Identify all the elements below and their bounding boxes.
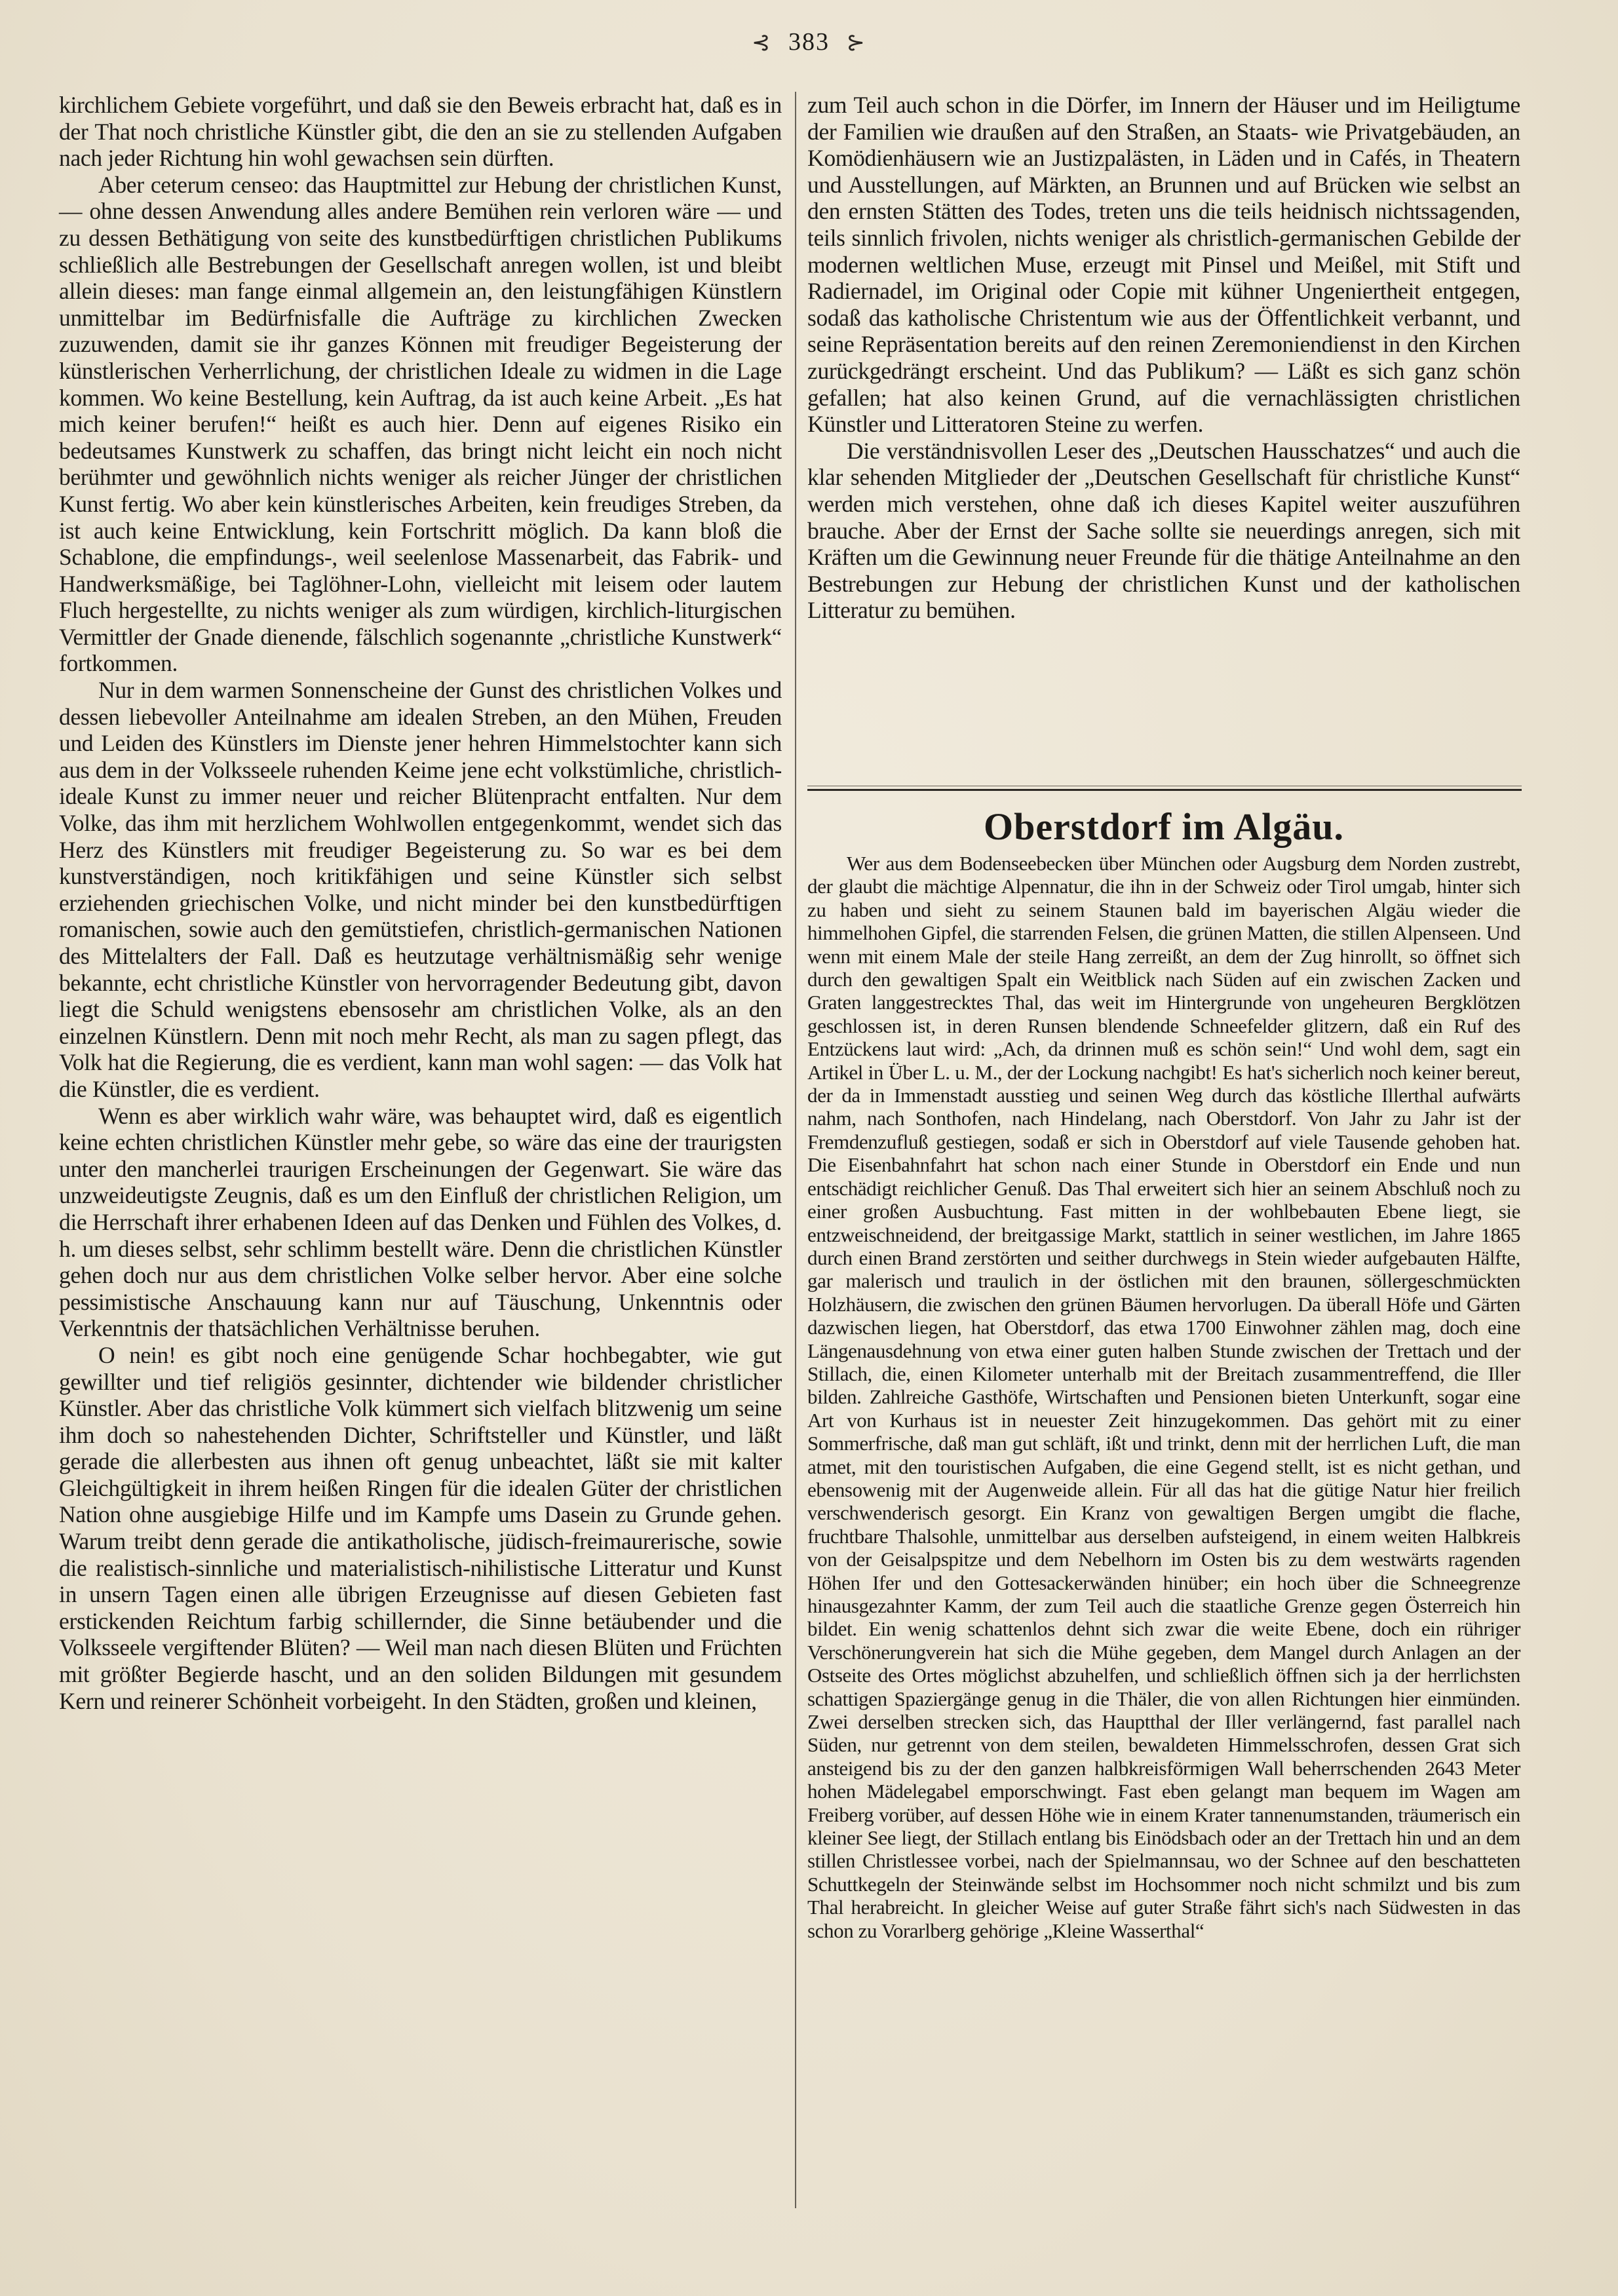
paragraph: O nein! es gibt noch eine genügende Scha… — [59, 1342, 782, 1714]
page-number: 383 — [788, 28, 830, 56]
ornament-left-icon: ⊰ — [752, 31, 772, 55]
paragraph: Wer aus dem Bodenseebecken über München … — [807, 852, 1520, 1942]
article-body: Wer aus dem Bodenseebecken über München … — [807, 852, 1520, 1942]
column-divider — [795, 92, 796, 2208]
paragraph: Wenn es aber wirklich wahr wäre, was beh… — [59, 1103, 782, 1342]
section-divider — [807, 789, 1522, 791]
paragraph: Aber ceterum censeo: das Hauptmittel zur… — [59, 172, 782, 677]
paragraph: Nur in dem warmen Sonnenscheine der Guns… — [59, 677, 782, 1103]
ornament-right-icon: ⊱ — [847, 31, 867, 55]
article-title: Oberstdorf im Algäu. — [807, 805, 1520, 849]
page-header: ⊰ 383 ⊱ — [0, 28, 1618, 56]
paragraph: Die verständnisvollen Leser des „Deutsch… — [807, 438, 1520, 624]
left-column: kirchlichem Gebiete vorgeführt, und daß … — [59, 92, 782, 1714]
right-column: zum Teil auch schon in die Dörfer, im In… — [807, 92, 1520, 624]
section-divider-thin — [807, 786, 1522, 786]
paragraph: zum Teil auch schon in die Dörfer, im In… — [807, 92, 1520, 438]
paragraph: kirchlichem Gebiete vorgeführt, und daß … — [59, 92, 782, 172]
